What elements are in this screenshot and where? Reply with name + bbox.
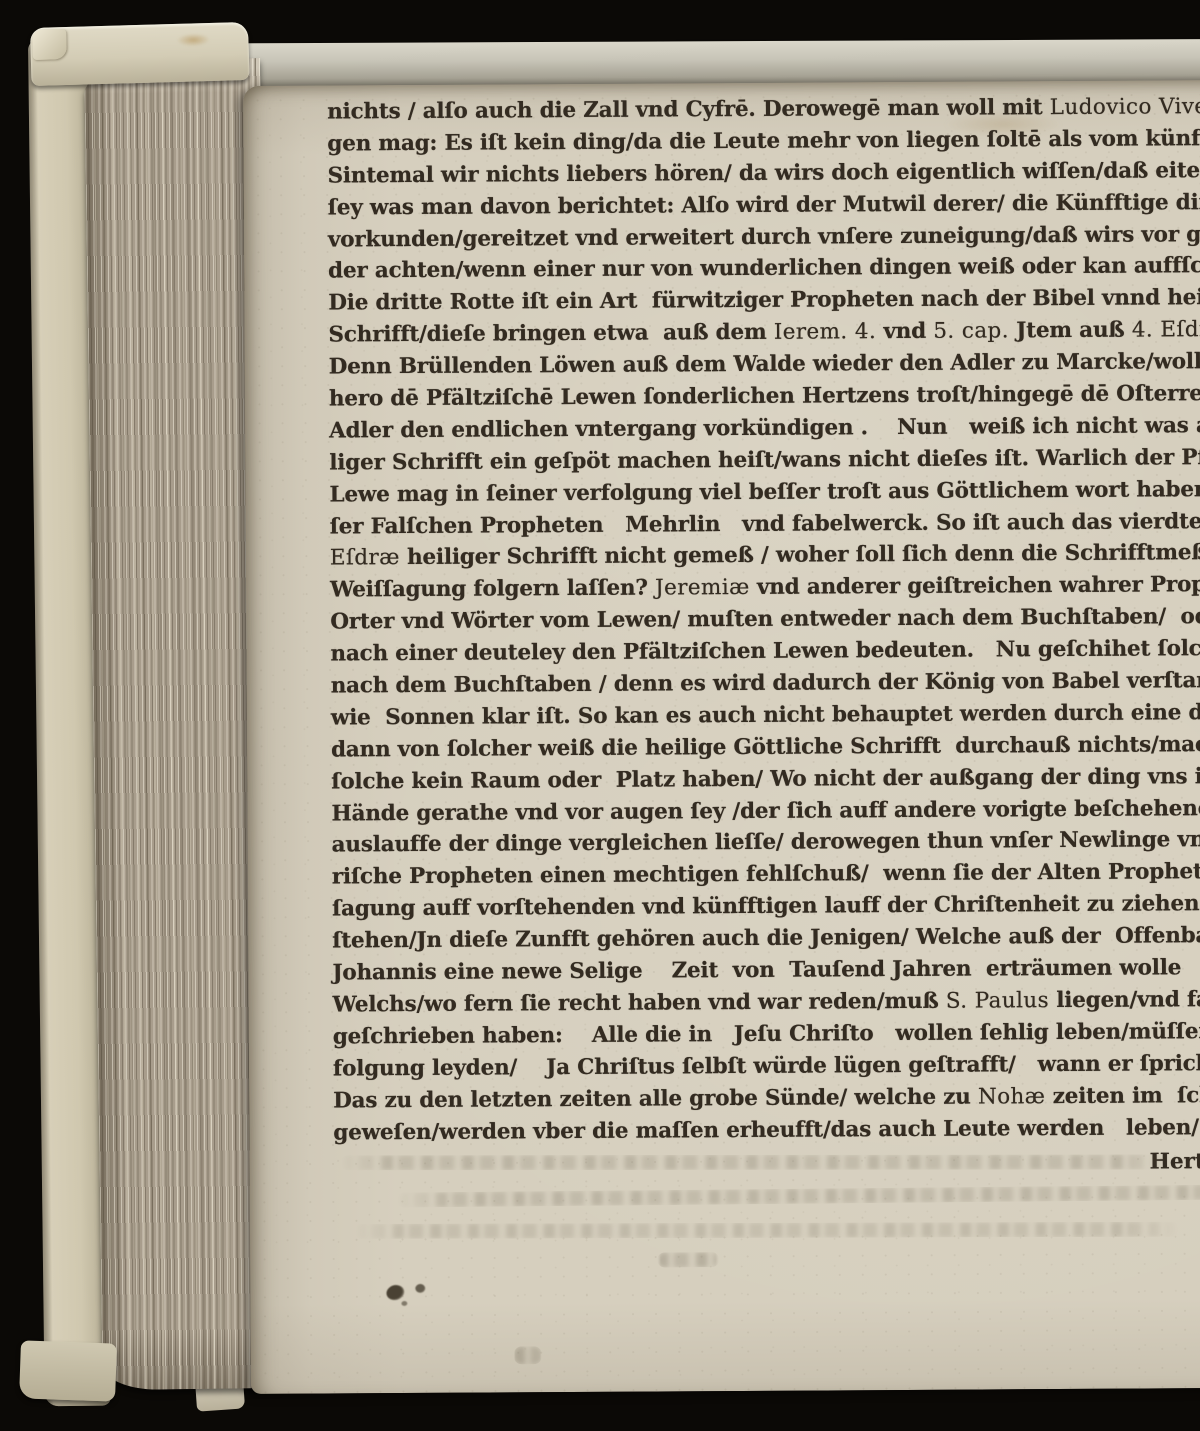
- text-line: Eſdræ heiliger Schrifft nicht gemeß / wo…: [330, 536, 1200, 575]
- show-through-ghost-line: [341, 1155, 1173, 1171]
- text-line: Welchs/wo fern ſie recht haben vnd war r…: [333, 983, 1200, 1022]
- text-line: Das zu den letzten zeiten alle grobe Sün…: [333, 1078, 1200, 1117]
- ink-blot: [415, 1284, 425, 1293]
- text-line: Sintemal wir nichts liebers hören/ da wi…: [327, 154, 1200, 193]
- show-through-ghost-line: [355, 1222, 1180, 1239]
- text-line: vorkunden/gereitzet vnd erweitert durch …: [328, 217, 1200, 256]
- vellum-cover-corner-bottom: [19, 1340, 117, 1401]
- text-line: gen mag: Es iſt kein ding/da die Leute m…: [327, 122, 1200, 161]
- text-line: ſer Falſchen Propheten Mehrlin vnd fabel…: [330, 504, 1200, 543]
- text-line: Adler den endlichen vntergang vorkündige…: [329, 409, 1200, 448]
- text-line: auslauffe der dinge vergleichen lieſſe/ …: [332, 823, 1200, 862]
- text-line: der achten/wenn einer nur von wunderlich…: [328, 249, 1200, 288]
- text-line: ſolche kein Raum oder Platz haben/ Wo ni…: [331, 760, 1200, 799]
- text-line: geweſen/werden vber die maſſen erheufft/…: [333, 1110, 1200, 1149]
- text-line: Weiſſagung folgern laſſen? Jeremiæ vnd a…: [330, 568, 1200, 607]
- text-line: nach einer deuteley den Pfältziſchen Lew…: [330, 632, 1200, 671]
- text-block: nichts / alſo auch die Zall vnd Cyfrē. D…: [327, 90, 1200, 1149]
- text-line: Hände gerathe vnd vor augen ſey /der ſic…: [331, 791, 1200, 830]
- text-line: ſey was man davon berichtet: Alſo wird d…: [328, 186, 1200, 225]
- ink-blot: [385, 1283, 406, 1302]
- text-line: geſchrieben haben: Alle die in Jeſu Chri…: [333, 1015, 1200, 1054]
- book-page: nichts / alſo auch die Zall vnd Cyfrē. D…: [243, 80, 1200, 1394]
- text-line: liger Schrifft ein geſpöt machen heiſt/w…: [329, 441, 1200, 480]
- book-scan: nichts / alſo auch die Zall vnd Cyfrē. D…: [0, 0, 1200, 1431]
- show-through-signature-mark: [657, 1252, 719, 1267]
- text-line: Denn Brüllenden Löwen auß dem Walde wied…: [329, 345, 1200, 384]
- book-scan-photo: { "document": { "kind": "early printed b…: [0, 0, 1200, 1431]
- text-line: ſagung auff vorſtehenden vnd künfftigen …: [332, 887, 1200, 926]
- text-line: nichts / alſo auch die Zall vnd Cyfrē. D…: [327, 90, 1200, 129]
- text-line: Die dritte Rotte iſt ein Art fürwitziger…: [328, 281, 1200, 320]
- text-line: Lewe mag in ſeiner verfolgung viel beſſe…: [329, 473, 1200, 512]
- show-through-ghost-line: [397, 1184, 1200, 1207]
- vellum-cover-corner-top: [30, 22, 250, 86]
- text-line: Johannis eine newe Selige Zeit von Tauſe…: [332, 951, 1200, 990]
- text-line: Orter vnd Wörter vom Lewen/ muſten entwe…: [330, 600, 1200, 639]
- text-line: folgung leyden/ Ja Chriſtus ſelbſt würde…: [333, 1047, 1200, 1086]
- text-line: dann von ſolcher weiß die heilige Göttli…: [331, 728, 1200, 767]
- text-line: nach dem Buchſtaben / denn es wird dadur…: [331, 664, 1200, 703]
- text-line: hero dē Pfältziſchē Lewen ſonderlichen H…: [329, 377, 1200, 416]
- ink-blot: [401, 1301, 407, 1306]
- text-line: Schrifft/dieſe bringen etwa auß dem Iere…: [328, 313, 1200, 352]
- text-line: wie Sonnen klar iſt. So kan es auch nich…: [331, 696, 1200, 735]
- text-line: riſche Propheten einen mechtigen fehlſch…: [332, 855, 1200, 894]
- show-through-ghost-mark: [514, 1346, 542, 1364]
- text-line: ſtehen/Jn dieſe Zunfft gehören auch die …: [332, 919, 1200, 958]
